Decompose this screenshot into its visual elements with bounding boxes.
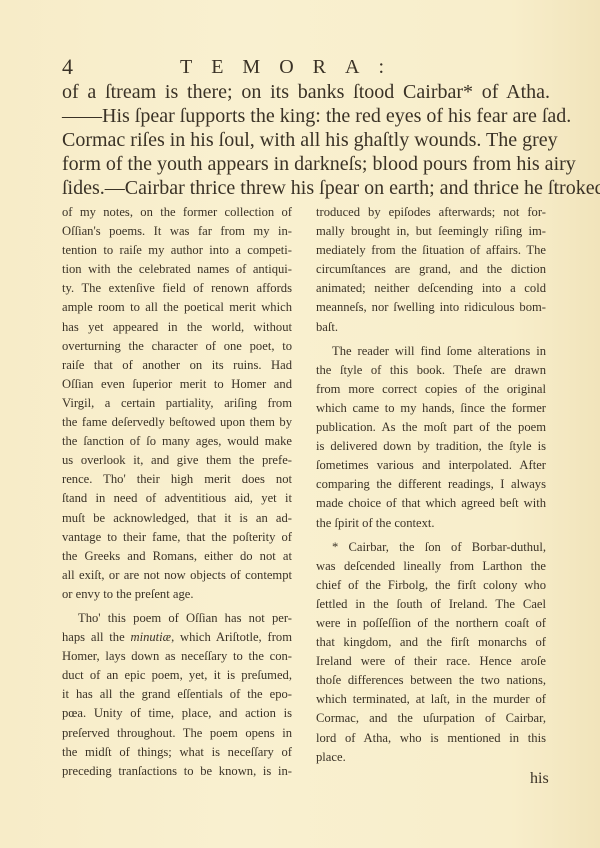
note-line: Homer, lays down as neceſſary to the con… [62,647,292,666]
poem-line: Cormac riſes in his ſoul, with all his g… [62,128,550,152]
running-title: TEMORA: [180,55,403,79]
footnote-line: that kingdom, and the firſt monarchs of [316,633,546,652]
footnote-line: place. [316,748,546,767]
note-line: Oſſian's poems. It was far from my in- [62,222,292,241]
note-line: mediately from the ſituation of affairs.… [316,241,546,260]
notes-right-column: troduced by epiſodes afterwards; not for… [316,203,546,767]
note-line: tion with the celebrated names of antiqu… [62,260,292,279]
poem-line: of a ſtream is there; on its banks ſtood… [62,80,550,104]
poem-line: ——His ſpear ſupports the king: the red e… [62,104,550,128]
book-page: 4 TEMORA: of a ſtream is there; on its b… [0,0,600,848]
italic-term: minutiæ [130,630,171,644]
note-line: animated; neither deſcending into a cold [316,279,546,298]
note-line: publication. As the moſt part of the poe… [316,418,546,437]
footnote-line: were in poſſeſſion of the northern coaſt… [316,614,546,633]
note-line: the ſpirit of the context. [316,514,546,533]
note-line: us overlook it, and give them the prefe- [62,451,292,470]
note-line: troduced by epiſodes afterwards; not for… [316,203,546,222]
note-line: or envy to the preſent age. [62,585,292,604]
footnote-line: Cormac, and the uſurpation of Cairbar, [316,709,546,728]
note-line: from more correct copies of the original [316,380,546,399]
note-line: meanneſs, nor ſwelling into ridiculous b… [316,298,546,317]
page-number: 4 [62,55,73,79]
note-line: the Greeks and Romans, either do not at [62,547,292,566]
footnote-line: chief of the Firbolg, the firſt colony w… [316,576,546,595]
note-line: made choice of that which agreed beſt wi… [316,494,546,513]
page-header: 4 TEMORA: [62,55,542,79]
note-line: is delivered down by tradition, the ſtyl… [316,437,546,456]
note-line: of my notes, on the former collection of [62,203,292,222]
note-line: tention to raiſe my author into a compet… [62,241,292,260]
note-line: rence. Tho' their high merit does not [62,470,292,489]
note-line: ſtand in need of adventitious aid, yet i… [62,489,292,508]
note-line: duct of an epic poem, yet, it is preſume… [62,666,292,685]
note-line: has yet appeared in the world, without [62,318,292,337]
footnote-line: ſettled in the ſouth of Ireland. The Cae… [316,595,546,614]
note-line: preceding tranſactions to be known, is i… [62,762,292,781]
note-line: vantage to their fame, that the poſterit… [62,528,292,547]
note-line: which came to my hands, ſince the former [316,399,546,418]
note-line: the ſtyle of this book. Theſe are drawn [316,361,546,380]
note-line: mally brought in, but ſeemingly riſing i… [316,222,546,241]
note-line: haps all the minutiæ, which Ariſtotle, f… [62,628,292,647]
notes-section: of my notes, on the former collection of… [62,203,548,763]
note-line: preſerved throughout. The poem opens in [62,724,292,743]
footnote-line: Ireland were of their race. Hence aroſe [316,652,546,671]
notes-left-column: of my notes, on the former collection of… [62,203,292,781]
note-line: ſometimes various and interpolated. Afte… [316,456,546,475]
note-line: The reader will find ſome alterations in [316,342,546,361]
note-line: comparing the different readings, I alwa… [316,475,546,494]
note-line: the midſt of things; what is neceſſary o… [62,743,292,762]
footnote-line: * Cairbar, the ſon of Borbar-duthul, [316,538,546,557]
catchword: his [530,770,549,788]
note-line: overturning the character of one poet, t… [62,337,292,356]
poem-text: of a ſtream is there; on its banks ſtood… [62,80,550,200]
footnote-line: lord of Atha, who is mentioned in this [316,729,546,748]
poem-line: form of the youth appears in darkneſs; b… [62,152,550,176]
note-line: pœa. Unity of time, place, and action is [62,704,292,723]
footnote-line: which terminated, at laſt, in the murder… [316,690,546,709]
note-line: Tho' this poem of Oſſian has not per- [62,609,292,628]
note-line: the ſanction of ſo many ages, would make [62,432,292,451]
note-line: all exiſt, or are not now objects of con… [62,566,292,585]
poem-line: ſides.—Cairbar thrice threw his ſpear on… [62,176,550,200]
note-line: Virgil, a certain partiality, ariſing fr… [62,394,292,413]
note-line: circumſtances are grand, and the diction [316,260,546,279]
note-line: ty. The extenſive field of renown afford… [62,279,292,298]
footnote-line: thoſe differences between the two nation… [316,671,546,690]
footnote-line: was deſcended lineally from Larthon the [316,557,546,576]
note-line: the fame deſervedly beſtowed upon them b… [62,413,292,432]
note-line: raiſe that of another on its ruins. Had [62,356,292,375]
note-line: it has all the grand eſſentials of the e… [62,685,292,704]
note-line: ample room to all the poetical merit whi… [62,298,292,317]
note-line: muſt be acknowledged, that it is an ad- [62,509,292,528]
note-line: Oſſian even ſuperior merit to Homer and [62,375,292,394]
note-line: baſt. [316,318,546,337]
